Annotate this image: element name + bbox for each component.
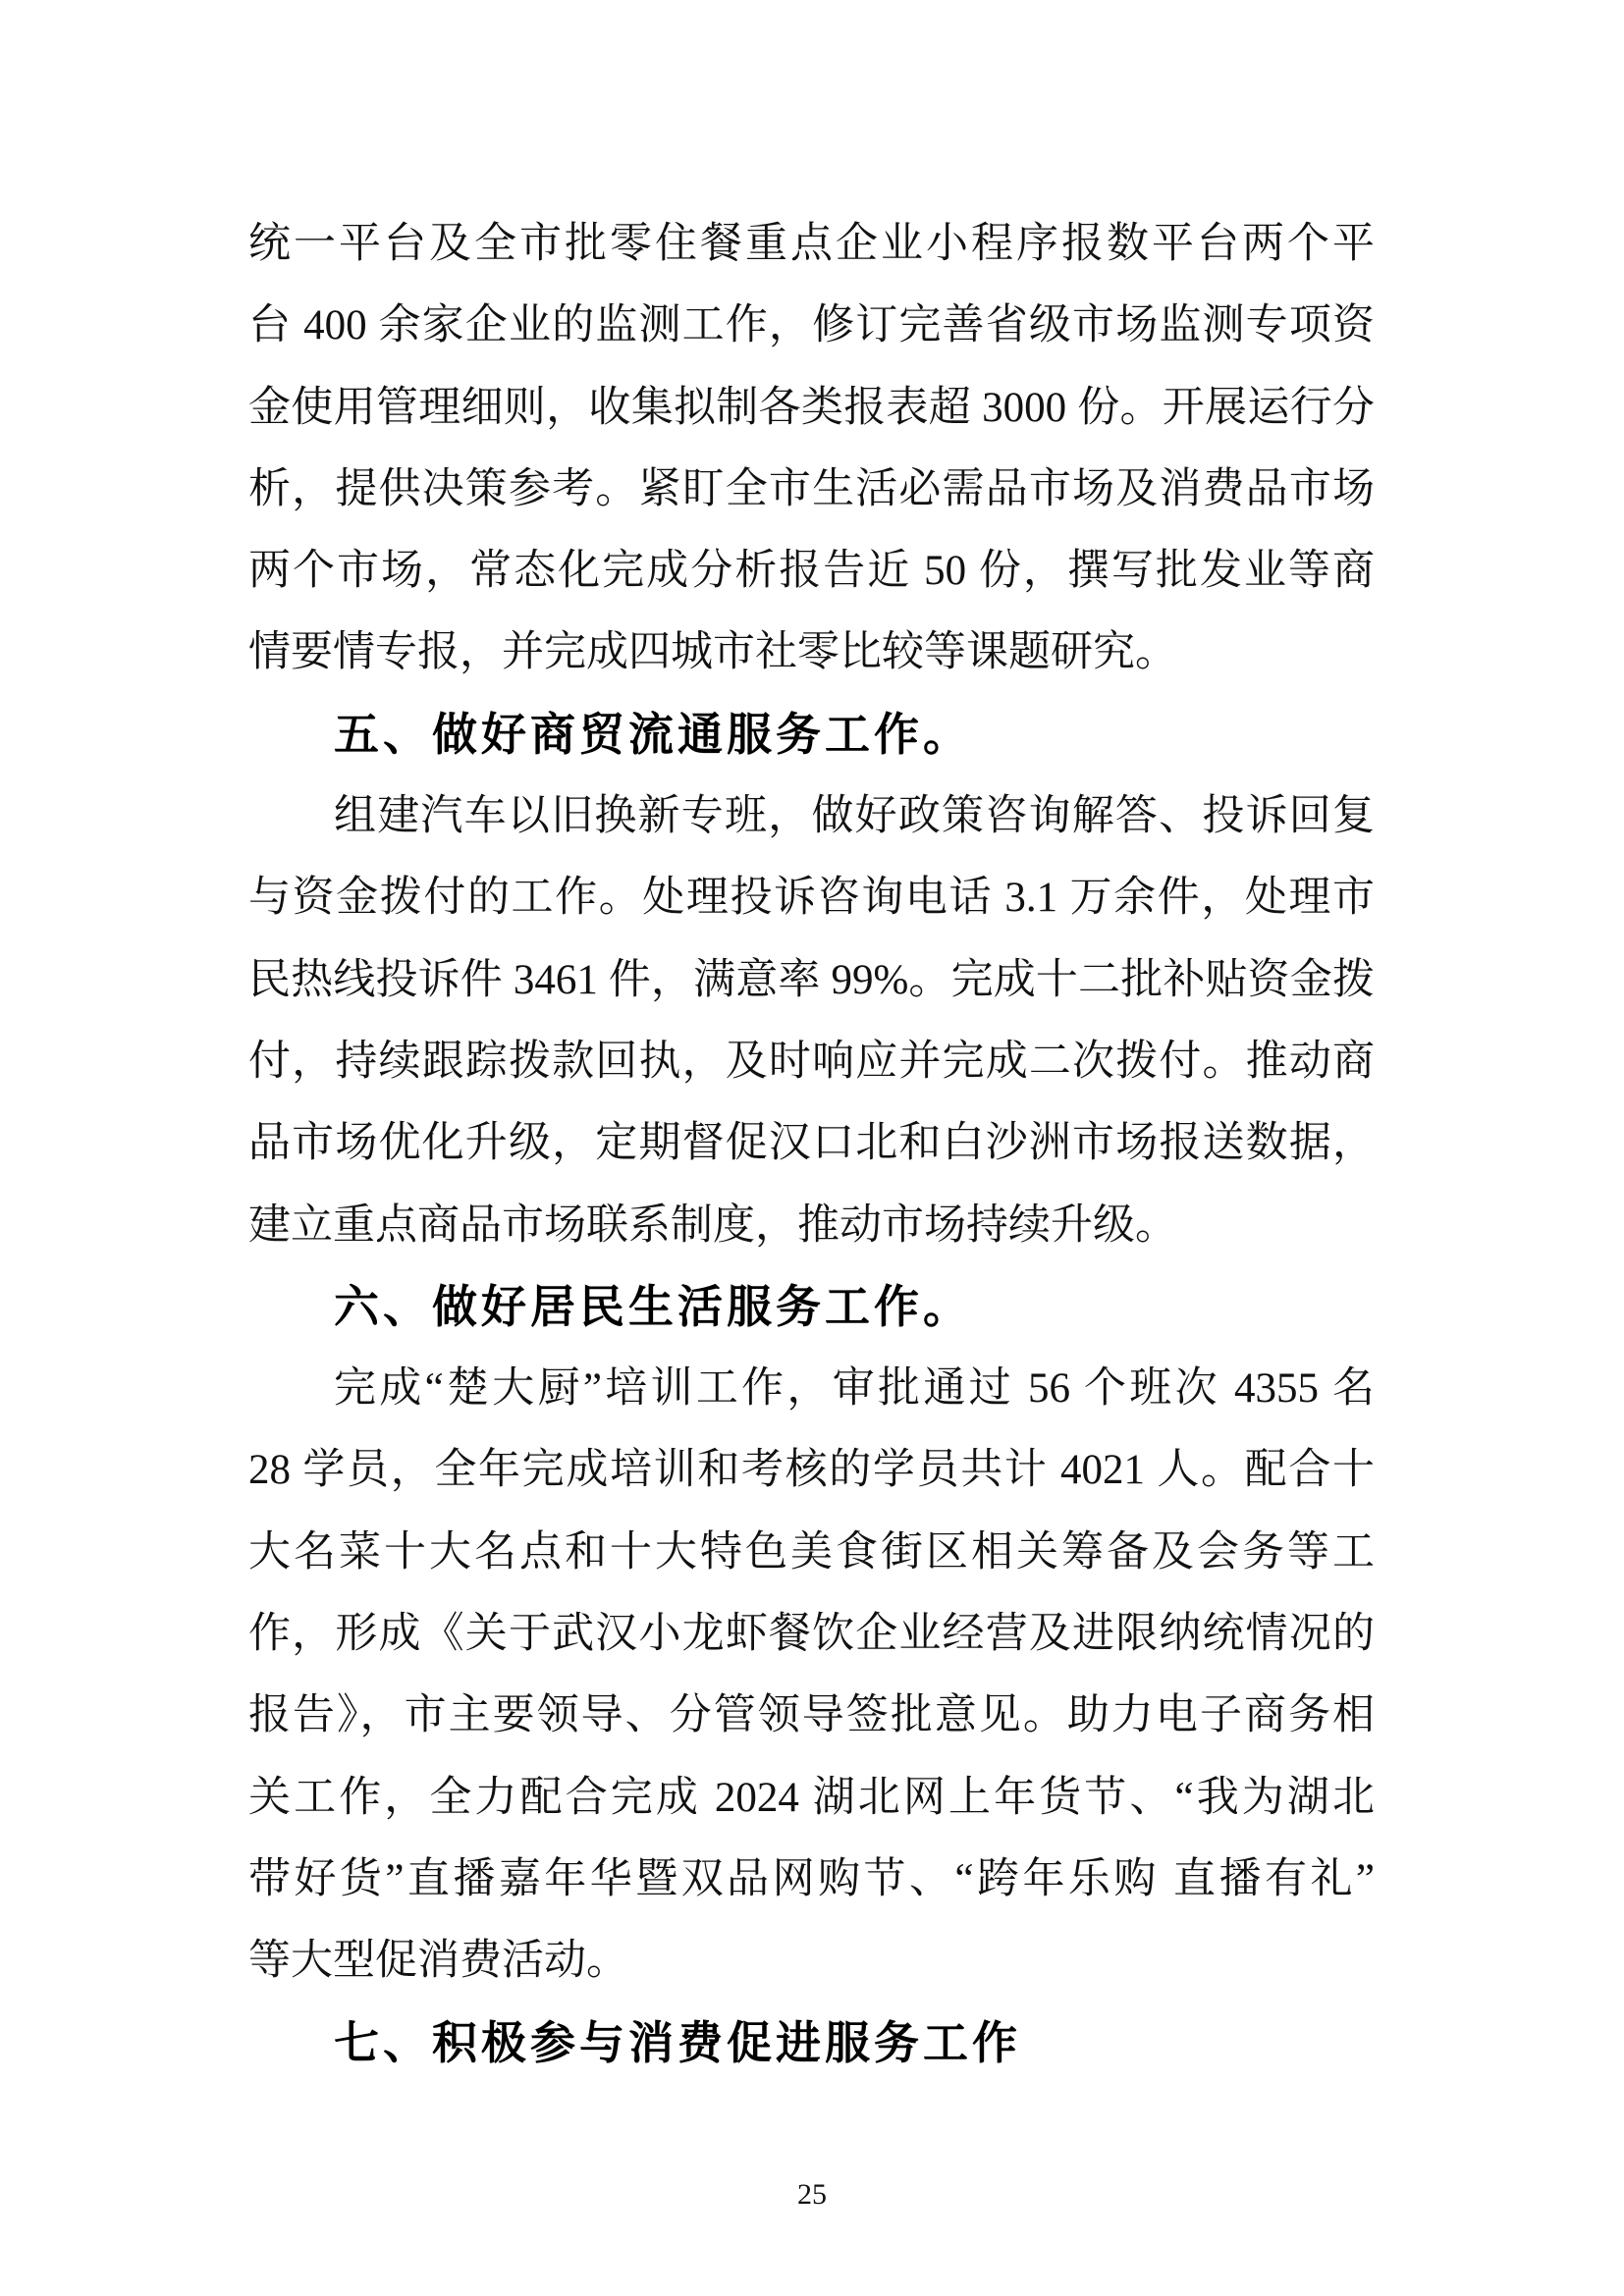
body-line: 品市场优化升级，定期督促汉口北和白沙洲市场报送数据， [248,1102,1375,1184]
text-block: 统一平台及全市批零住餐重点企业小程序报数平台两个平台 400 余家企业的监测工作… [248,203,1375,2084]
section-heading: 六、做好居民生活服务工作。 [248,1266,1375,1348]
body-line: 关工作，全力配合完成 2024 湖北网上年货节、“我为湖北 [248,1757,1375,1839]
body-line: 建立重点商品市场联系制度，推动市场持续升级。 [248,1185,1375,1266]
body-line: 统一平台及全市批零住餐重点企业小程序报数平台两个平 [248,203,1375,285]
section-heading: 七、积极参与消费促进服务工作 [248,2002,1375,2084]
body-line: 作，形成《关于武汉小龙虾餐饮企业经营及进限纳统情况的 [248,1593,1375,1675]
body-line: 带好货”直播嘉年华暨双品网购节、“跨年乐购 直播有礼” [248,1839,1375,1920]
body-line: 民热线投诉件 3461 件，满意率 99%。完成十二批补贴资金拨 [248,939,1375,1021]
body-line: 两个市场，常态化完成分析报告近 50 份，撰写批发业等商 [248,530,1375,612]
section-heading: 五、做好商贸流通服务工作。 [248,694,1375,775]
document-page: 统一平台及全市批零住餐重点企业小程序报数平台两个平台 400 余家企业的监测工作… [0,0,1624,2296]
body-line: 完成“楚大厨”培训工作，审批通过 56 个班次 4355 名 [248,1348,1375,1429]
body-line: 析，提供决策参考。紧盯全市生活必需品市场及消费品市场 [248,449,1375,530]
body-line: 与资金拨付的工作。处理投诉咨询电话 3.1 万余件，处理市 [248,857,1375,938]
body-line: 组建汽车以旧换新专班，做好政策咨询解答、投诉回复 [248,775,1375,857]
body-line: 等大型促消费活动。 [248,1920,1375,2002]
body-line: 台 400 余家企业的监测工作，修订完善省级市场监测专项资 [248,285,1375,366]
body-line: 情要情专报，并完成四城市社零比较等课题研究。 [248,612,1375,693]
body-line: 报告》，市主要领导、分管领导签批意见。助力电子商务相 [248,1675,1375,1756]
body-line: 付，持续跟踪拨款回执，及时响应并完成二次拨付。推动商 [248,1021,1375,1102]
page-number: 25 [0,2175,1624,2215]
body-line: 28 学员，全年完成培训和考核的学员共计 4021 人。配合十 [248,1429,1375,1511]
body-line: 大名菜十大名点和十大特色美食街区相关筹备及会务等工 [248,1512,1375,1593]
body-line: 金使用管理细则，收集拟制各类报表超 3000 份。开展运行分 [248,367,1375,449]
